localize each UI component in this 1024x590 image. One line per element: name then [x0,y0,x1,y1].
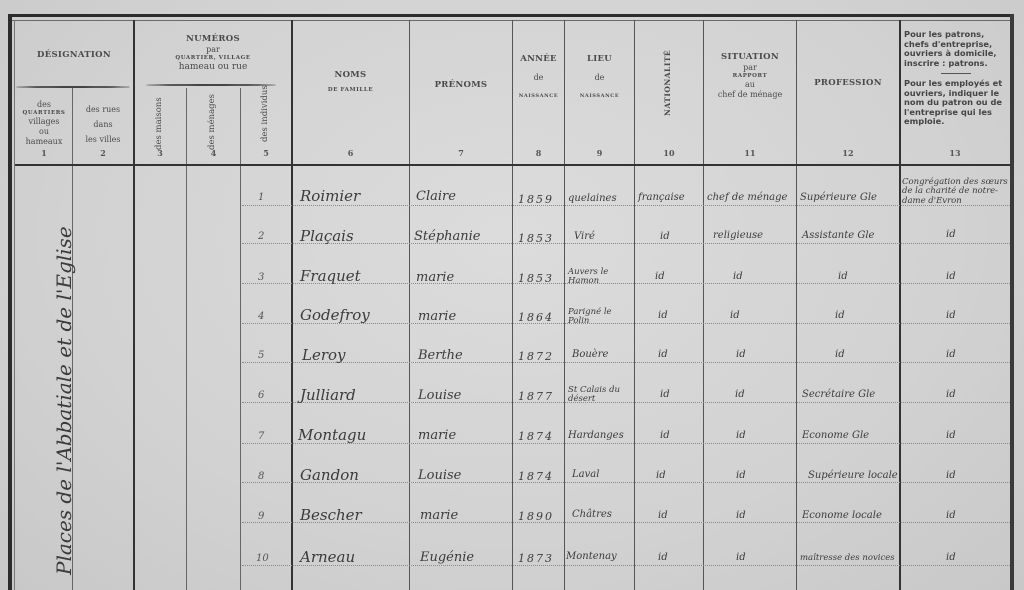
column-number: 7 [410,148,512,158]
header-col13-instructions: Pour les patrons, chefs d'entreprise, ou… [904,30,1008,127]
header-divider-curve [146,84,276,86]
column-number: 8 [513,148,564,158]
nationality: française [638,192,685,203]
birth-year: 1859 [518,193,554,206]
column-divider [796,20,797,590]
header-divider-curve [16,86,130,88]
frame-left-inner-border [14,20,15,590]
header-bottom-rule [15,164,1010,166]
nationality: id [658,349,668,360]
family-name: Fraquet [300,267,361,285]
column-number: 1 [16,148,72,158]
row-baseline [242,243,1010,244]
birth-year: 1877 [518,390,554,403]
profession: maîtresse des novices [800,554,895,563]
family-name: Gandon [300,466,359,484]
employer: id [946,470,956,481]
birth-place: Parigné le Polin [568,308,632,327]
household-status: id [736,430,746,441]
family-name: Leroy [302,346,346,364]
birth-year: 1874 [518,430,554,443]
birth-place: Auvers le Hamon [568,268,632,287]
first-name: marie [416,270,454,285]
first-name: marie [418,309,456,324]
first-name: Eugénie [420,550,474,565]
column-divider [564,20,565,590]
row-baseline [242,362,1010,363]
column-number: 4 [187,148,240,158]
header-col6: NOMS DE FAMILLE [292,70,409,94]
column-divider [703,20,704,590]
profession: Econome Gle [802,430,869,441]
profession: Econome locale [802,510,882,521]
nationality: id [658,552,668,563]
individual-number: 1 [258,192,264,203]
household-status: id [733,271,743,282]
family-name: Julliard [300,386,356,404]
household-status: id [736,552,746,563]
frame-right-border [1010,14,1014,590]
header-col12: PROFESSION [797,78,899,89]
family-name: Montagu [298,426,366,444]
column-number: 11 [704,148,796,158]
employer: id [946,430,956,441]
column-number: 13 [900,148,1010,158]
household-status: id [736,349,746,360]
header-col4: des ménages [207,94,217,150]
column-divider [899,20,901,590]
row-baseline [242,205,1010,206]
column-divider [291,20,293,590]
birth-year: 1873 [518,552,554,565]
birth-year: 1864 [518,311,554,324]
nationality: id [658,510,668,521]
instruction-separator [941,73,971,74]
profession: id [838,271,848,282]
individual-number: 9 [258,511,264,522]
birth-year: 1872 [518,350,554,363]
column-number: 6 [292,148,409,158]
birth-place: Laval [572,469,599,480]
frame-top-inner-border [10,20,1010,21]
frame-left-border [8,14,12,590]
individual-number: 8 [258,471,264,482]
individual-number: 7 [258,431,264,442]
family-name: Godefroy [300,306,370,324]
profession: id [835,349,845,360]
employer: id [946,552,956,563]
birth-year: 1890 [518,510,554,523]
column-number: 3 [134,148,186,158]
individual-number: 5 [258,350,264,361]
first-name: Louise [418,388,461,403]
nationality: id [660,231,670,242]
profession: id [835,310,845,321]
header-col11: SITUATION par RAPPORT au chef de ménage [704,52,796,100]
header-col3: des maisons [154,97,164,150]
family-name: Roimier [300,187,360,205]
individual-number: 3 [258,272,264,283]
birth-place: St Calais du désert [568,386,632,405]
family-name: Bescher [300,506,362,524]
profession: Supérieure locale [808,470,898,481]
household-status: id [735,389,745,400]
column-number: 10 [635,148,703,158]
header-col10: NATIONALITÉ [663,50,672,116]
frame-top-border [8,14,1012,17]
individual-number: 2 [258,231,264,242]
nationality: id [660,430,670,441]
column-number: 9 [565,148,634,158]
birth-year: 1853 [518,272,554,285]
birth-place: Viré [574,231,595,242]
column-divider [409,20,410,590]
row-baseline [242,565,1010,566]
header-col5: des individus [260,85,270,142]
birth-place: quelaines [568,193,617,204]
employer: id [946,271,956,282]
header-col2: des rues dans les villes [74,102,132,148]
first-name: marie [420,508,458,523]
household-status: id [736,470,746,481]
household-status: id [730,310,740,321]
nationality: id [655,271,665,282]
first-name: Stéphanie [414,229,481,244]
birth-year: 1874 [518,470,554,483]
header-col8: ANNÉE de NAISSANCE [513,54,564,99]
nationality: id [658,310,668,321]
profession: Secrétaire Gle [802,389,875,400]
first-name: Berthe [418,348,463,363]
header-col7: PRÉNOMS [410,80,512,91]
individual-number: 6 [258,390,264,401]
column-number: 12 [797,148,899,158]
employer: id [946,310,956,321]
first-name: Louise [418,468,461,483]
family-name: Arneau [300,548,355,566]
first-name: Claire [416,189,456,204]
birth-year: 1853 [518,232,554,245]
header-col9: LIEU de NAISSANCE [565,54,634,99]
street-name: Places de l'Abbatiale et de l'Eglise [52,226,76,575]
nationality: id [660,389,670,400]
column-divider [512,20,513,590]
individual-number: 10 [256,553,269,564]
birth-place: Bouère [572,349,608,360]
birth-place: Châtres [572,509,612,520]
column-divider [634,20,635,590]
profession: Supérieure Gle [800,192,877,203]
nationality: id [656,470,666,481]
employer: id [946,510,956,521]
header-numeros: NUMÉROS par QUARTIER, VILLAGE hameau ou … [136,34,290,73]
employer: id [946,349,956,360]
header-designation: DÉSIGNATION [16,50,132,61]
column-divider [133,20,135,590]
census-page: DÉSIGNATION NUMÉROS par QUARTIER, VILLAG… [0,0,1024,590]
header-col1: des QUARTIERS villages ou hameaux [16,100,72,147]
column-number: 5 [241,148,291,158]
first-name: marie [418,428,456,443]
employer: Congrégation des sœurs de la charité de … [902,178,1008,206]
individual-number: 4 [258,311,264,322]
birth-place: Hardanges [568,430,624,441]
employer: id [946,229,956,240]
household-status: chef de ménage [707,192,787,203]
employer: id [946,389,956,400]
column-number: 2 [73,148,133,158]
birth-place: Montenay [566,551,617,562]
profession: Assistante Gle [802,230,874,241]
family-name: Plaçais [300,227,354,245]
household-status: id [736,510,746,521]
household-status: religieuse [713,230,763,241]
